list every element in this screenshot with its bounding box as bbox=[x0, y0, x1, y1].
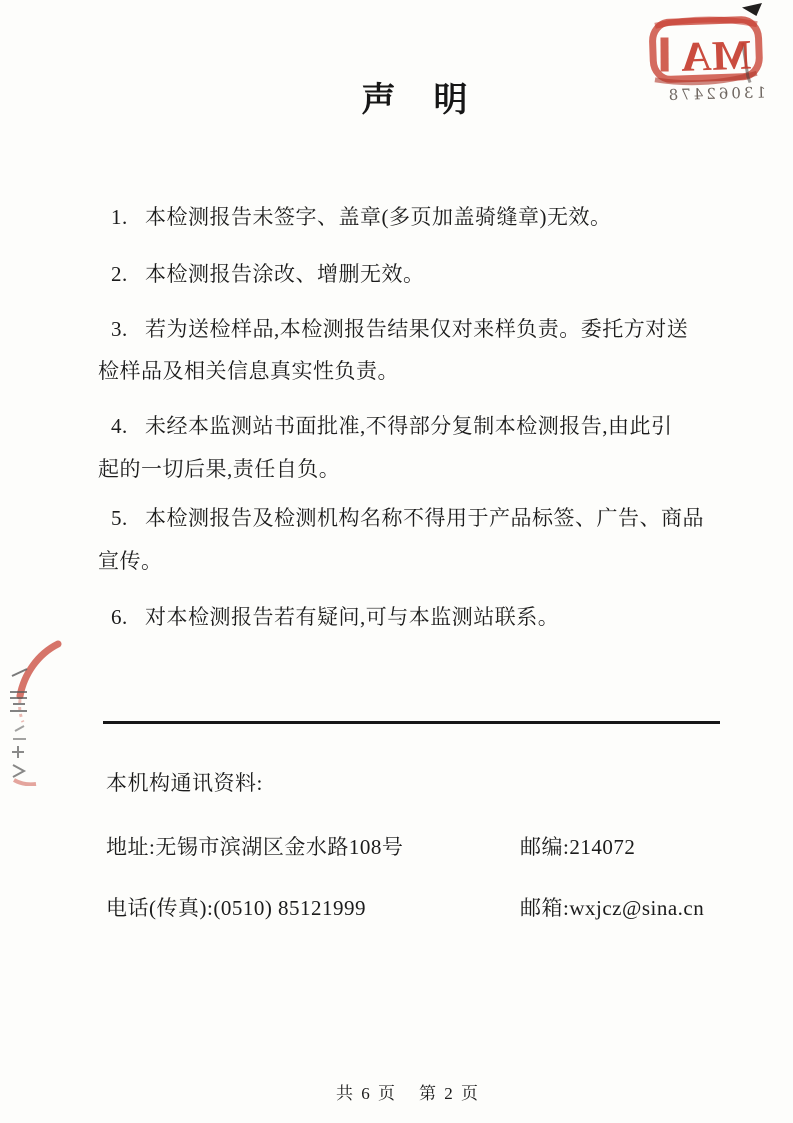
statement-item-3-cont: 检样品及相关信息真实性负责。 bbox=[98, 358, 399, 384]
phone-text: 电话(传真):(0510) 85121999 bbox=[106, 892, 366, 922]
item-number: 1. bbox=[111, 204, 145, 230]
total-pages-label: 共 6 页 bbox=[336, 1084, 397, 1103]
item-number: 2. bbox=[111, 261, 145, 287]
contact-heading: 本机构通讯资料: bbox=[106, 767, 263, 797]
postcode-text: 邮编:214072 bbox=[520, 831, 635, 861]
report-declaration-page: MA 13062478 声 明 1.本检测报告未签字、盖章(多页加盖骑缝章)无效… bbox=[0, 0, 793, 1123]
statement-item-1: 1.本检测报告未签字、盖章(多页加盖骑缝章)无效。 bbox=[98, 204, 612, 230]
statement-item-5-cont: 宣传。 bbox=[98, 548, 163, 574]
item-number: 6. bbox=[111, 604, 145, 630]
item-number: 3. bbox=[111, 316, 145, 342]
item-text: 本检测报告涂改、增删无效。 bbox=[145, 262, 425, 286]
statement-item-5: 5.本检测报告及检测机构名称不得用于产品标签、广告、商品 bbox=[98, 505, 704, 531]
statement-item-3: 3.若为送检样品,本检测报告结果仅对来样负责。委托方对送 bbox=[98, 316, 688, 342]
item-text: 本检测报告及检测机构名称不得用于产品标签、广告、商品 bbox=[145, 506, 704, 530]
address-text: 地址:无锡市滨湖区金水路108号 bbox=[106, 831, 403, 861]
page-title: 声 明 bbox=[0, 72, 793, 121]
item-number: 4. bbox=[111, 413, 145, 439]
section-divider bbox=[103, 721, 720, 724]
page-number: 共 6 页第 2 页 bbox=[336, 1079, 480, 1104]
partial-seal-stamp bbox=[0, 636, 62, 786]
item-text: 若为送检样品,本检测报告结果仅对来样负责。委托方对送 bbox=[145, 317, 688, 341]
item-text: 未经本监测站书面批准,不得部分复制本检测报告,由此引 bbox=[145, 414, 673, 438]
item-number: 5. bbox=[111, 505, 145, 531]
mirrored-c-bar bbox=[663, 37, 665, 71]
email-text: 邮箱:wxjcz@sina.cn bbox=[520, 892, 704, 922]
item-text: 本检测报告未签字、盖章(多页加盖骑缝章)无效。 bbox=[145, 205, 612, 229]
statement-item-4: 4.未经本监测站书面批准,不得部分复制本检测报告,由此引 bbox=[98, 413, 673, 439]
statement-item-6: 6.对本检测报告若有疑问,可与本监测站联系。 bbox=[98, 604, 559, 630]
statement-item-2: 2.本检测报告涂改、增删无效。 bbox=[98, 261, 425, 287]
current-page-label: 第 2 页 bbox=[419, 1084, 480, 1103]
statement-item-4-cont: 起的一切后果,责任自负。 bbox=[98, 456, 340, 482]
item-text: 对本检测报告若有疑问,可与本监测站联系。 bbox=[145, 605, 559, 629]
